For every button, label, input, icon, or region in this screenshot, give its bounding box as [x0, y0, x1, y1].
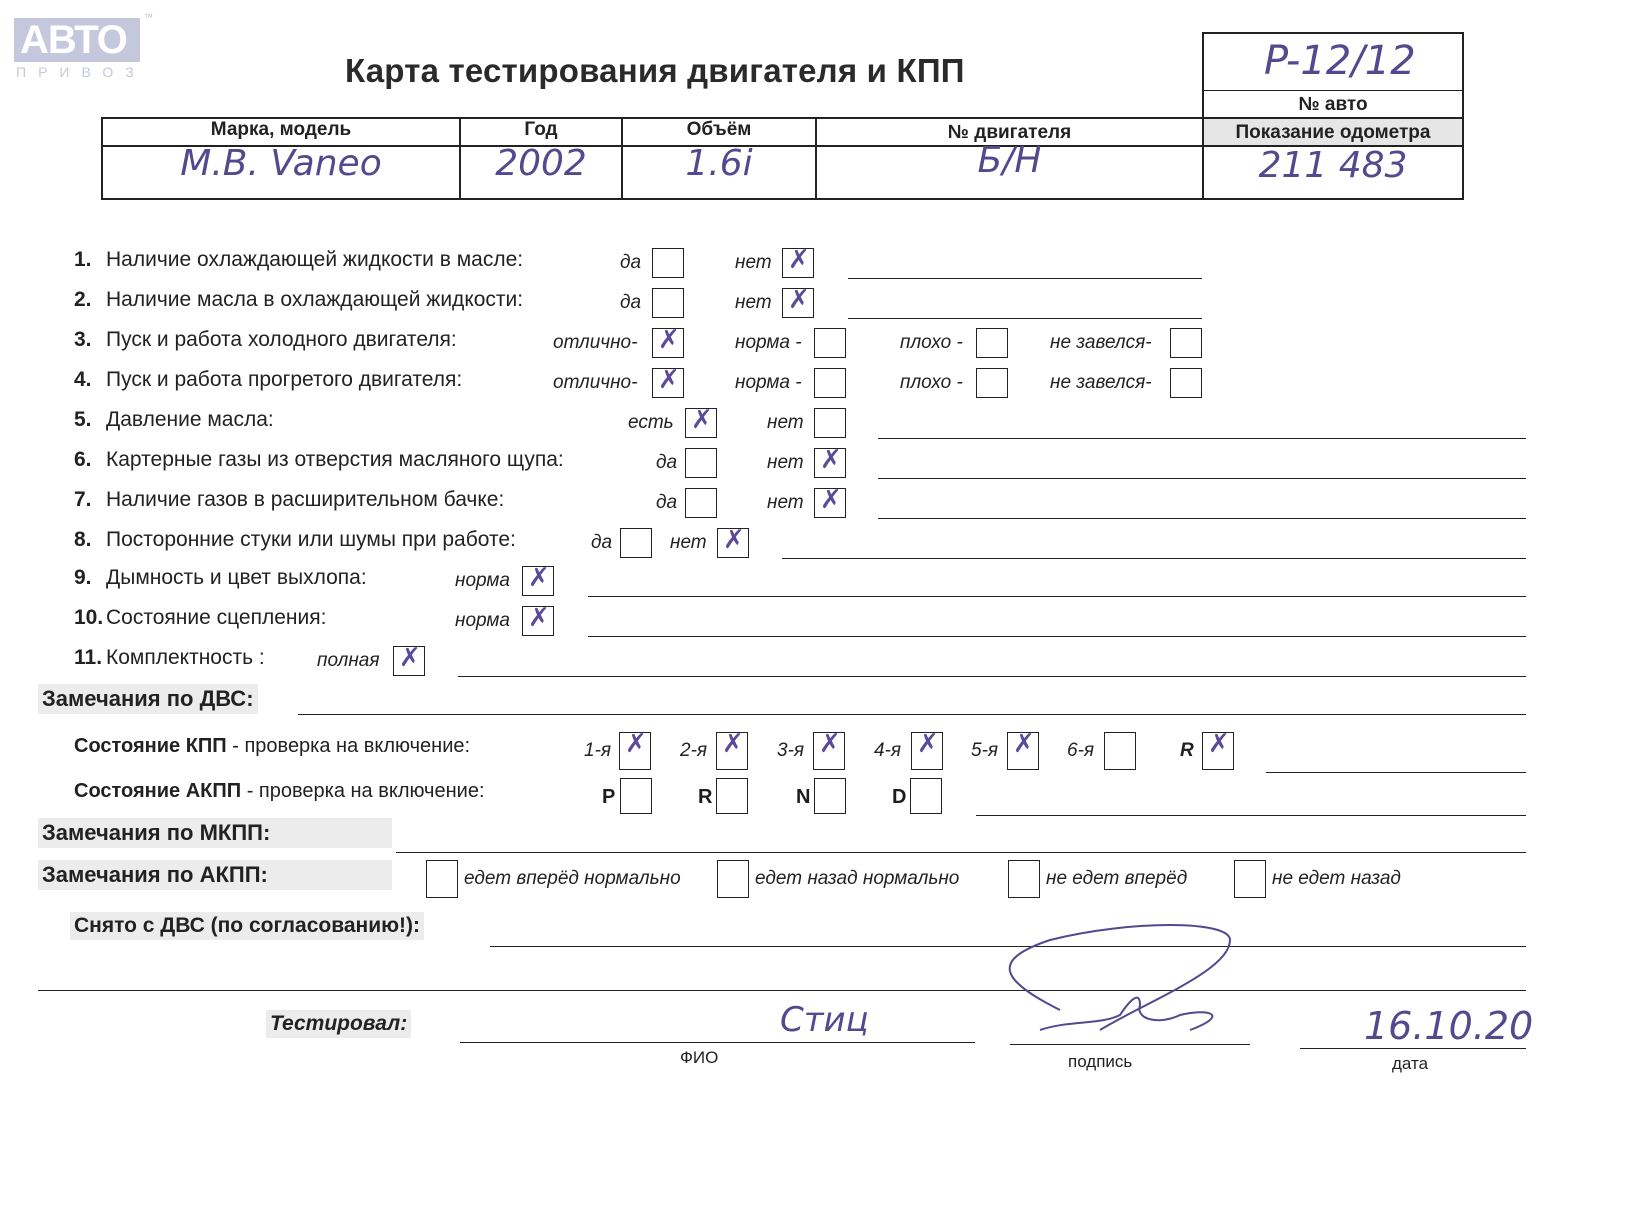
- question-label: Посторонние стуки или шумы при работе:: [106, 528, 516, 551]
- col-engine-number: № двигателя Б/Н: [817, 119, 1204, 198]
- question-number: 3.: [74, 328, 106, 352]
- auto-remark-checkbox[interactable]: [717, 860, 749, 898]
- gear-label: 3-я: [777, 740, 804, 762]
- question-number: 9.: [74, 566, 106, 590]
- remarks-auto-label: Замечания по АКПП:: [38, 860, 392, 890]
- question-label: Пуск и работа прогретого двигателя:: [106, 368, 462, 391]
- auto-remark-checkbox[interactable]: [1008, 860, 1040, 898]
- checklist-question: 2.Наличие масла в охлаждающей жидкости:: [74, 288, 523, 312]
- auto-gear-checkbox[interactable]: [910, 778, 942, 814]
- option-label: норма: [455, 570, 510, 592]
- remarks-manual-line[interactable]: [396, 852, 1526, 853]
- checklist-question: 10.Состояние сцепления:: [74, 606, 326, 630]
- checklist-question: 9.Дымность и цвет выхлопа:: [74, 566, 367, 590]
- auto-remark-label: не едет вперёд: [1046, 868, 1187, 890]
- date-value[interactable]: 16.10.20: [1364, 1004, 1533, 1048]
- gear-checkbox[interactable]: [1104, 732, 1136, 770]
- auto-remark-label: не едет назад: [1272, 868, 1401, 890]
- checkbox[interactable]: [685, 448, 717, 478]
- checkbox[interactable]: [652, 248, 684, 278]
- remarks-engine-line[interactable]: [298, 714, 1526, 715]
- notes-line[interactable]: [588, 636, 1526, 637]
- question-label: Наличие охлаждающей жидкости в масле:: [106, 248, 523, 271]
- checklist-question: 5.Давление масла:: [74, 408, 274, 432]
- option-label: нет: [767, 452, 804, 474]
- question-number: 5.: [74, 408, 106, 432]
- notes-line[interactable]: [588, 596, 1526, 597]
- gear-label: 4-я: [874, 740, 901, 762]
- checklist-question: 6.Картерные газы из отверстия масляного …: [74, 448, 564, 472]
- option-label: нет: [735, 252, 772, 274]
- checkbox[interactable]: [522, 566, 554, 596]
- checkbox[interactable]: [620, 528, 652, 558]
- checkbox[interactable]: [814, 328, 846, 358]
- question-label: Состояние сцепления:: [106, 606, 326, 629]
- checkbox[interactable]: [782, 248, 814, 278]
- gear-label: 2-я: [680, 740, 707, 762]
- option-label: да: [656, 492, 677, 514]
- checkbox[interactable]: [814, 408, 846, 438]
- manual-gearbox-line[interactable]: [1266, 772, 1526, 773]
- manual-gearbox-label: Состояние КПП - проверка на включение:: [74, 735, 470, 758]
- auto-gear-label: D: [892, 786, 906, 809]
- checklist-question: 1.Наличие охлаждающей жидкости в масле:: [74, 248, 523, 272]
- option-label: не завелся-: [1050, 332, 1152, 354]
- volume-value[interactable]: 1.6i: [623, 143, 815, 184]
- checkbox[interactable]: [652, 368, 684, 398]
- question-label: Давление масла:: [106, 408, 274, 431]
- gear-label: R: [1180, 740, 1194, 762]
- checkbox[interactable]: [652, 328, 684, 358]
- question-number: 8.: [74, 528, 106, 552]
- date-line[interactable]: [1300, 1048, 1526, 1049]
- notes-line[interactable]: [878, 438, 1526, 439]
- checkbox[interactable]: [814, 368, 846, 398]
- auto-gear-label: P: [602, 786, 615, 809]
- make-model-value[interactable]: M.B. Vaneo: [103, 143, 459, 184]
- gear-checkbox[interactable]: [716, 732, 748, 770]
- page-title: Карта тестирования двигателя и КПП: [345, 52, 965, 90]
- removed-from-engine-label: Снято с ДВС (по согласованию!):: [70, 912, 424, 940]
- checklist-question: 3.Пуск и работа холодного двигателя:: [74, 328, 457, 352]
- auto-remark-checkbox[interactable]: [426, 860, 458, 898]
- question-label: Пуск и работа холодного двигателя:: [106, 328, 457, 351]
- checkbox[interactable]: [522, 606, 554, 636]
- notes-line[interactable]: [878, 478, 1526, 479]
- notes-line[interactable]: [848, 278, 1202, 279]
- checklist-question: 7.Наличие газов в расширительном бачке:: [74, 488, 504, 512]
- checkbox[interactable]: [976, 368, 1008, 398]
- col-odometer: Показание одометра 211 483: [1204, 119, 1462, 198]
- remarks-manual-label: Замечания по МКПП:: [38, 818, 392, 848]
- gear-label: 6-я: [1067, 740, 1094, 762]
- checkbox[interactable]: [782, 288, 814, 318]
- auto-gearbox-label-rest: - проверка на включение:: [241, 780, 484, 802]
- signature-caption: подпись: [1068, 1052, 1132, 1072]
- question-number: 6.: [74, 448, 106, 472]
- question-number: 11.: [74, 646, 106, 670]
- option-label: да: [620, 292, 641, 314]
- gear-checkbox[interactable]: [813, 732, 845, 770]
- gear-checkbox[interactable]: [911, 732, 943, 770]
- removed-from-engine-line-2[interactable]: [38, 990, 1526, 991]
- option-label: да: [591, 532, 612, 554]
- gear-label: 1-я: [584, 740, 611, 762]
- question-label: Наличие газов в расширительном бачке:: [106, 488, 504, 511]
- odometer-label: Показание одометра: [1204, 119, 1462, 145]
- name-line[interactable]: [460, 1042, 975, 1043]
- option-label: нет: [767, 412, 804, 434]
- vehicle-info-table: Марка, модель M.B. Vaneo Год 2002 Объём …: [101, 117, 1464, 200]
- year-value[interactable]: 2002: [461, 143, 621, 184]
- option-label: да: [620, 252, 641, 274]
- option-label: плохо -: [900, 332, 963, 354]
- checkbox[interactable]: [685, 408, 717, 438]
- option-label: нет: [670, 532, 707, 554]
- car-number-box: P-12/12 № авто: [1202, 32, 1464, 120]
- option-label: норма -: [735, 332, 802, 354]
- option-label: отлично-: [553, 332, 637, 354]
- engine-number-value[interactable]: Б/Н: [817, 140, 1202, 181]
- name-caption: ФИО: [680, 1048, 718, 1068]
- odometer-value[interactable]: 211 483: [1204, 145, 1462, 186]
- auto-gearbox-line[interactable]: [976, 815, 1526, 816]
- car-number-label: № авто: [1204, 94, 1462, 116]
- logo-trademark: ™: [144, 12, 153, 22]
- checkbox[interactable]: [814, 448, 846, 478]
- checkbox[interactable]: [652, 288, 684, 318]
- notes-line[interactable]: [848, 318, 1202, 319]
- question-label: Картерные газы из отверстия масляного щу…: [106, 448, 564, 471]
- option-label: полная: [317, 650, 380, 672]
- checklist-question: 8.Посторонние стуки или шумы при работе:: [74, 528, 516, 552]
- checkbox[interactable]: [685, 488, 717, 518]
- tested-by-label: Тестировал:: [266, 1010, 411, 1038]
- col-volume: Объём 1.6i: [623, 119, 817, 198]
- option-label: плохо -: [900, 372, 963, 394]
- notes-line[interactable]: [878, 518, 1526, 519]
- option-label: да: [656, 452, 677, 474]
- name-value[interactable]: Стиц: [780, 1000, 869, 1040]
- manual-gearbox-label-rest: - проверка на включение:: [227, 735, 470, 757]
- question-number: 7.: [74, 488, 106, 512]
- checkbox[interactable]: [1170, 368, 1202, 398]
- checkbox[interactable]: [1170, 328, 1202, 358]
- question-number: 2.: [74, 288, 106, 312]
- checklist-question: 4.Пуск и работа прогретого двигателя:: [74, 368, 462, 392]
- auto-gearbox-label-bold: Состояние АКПП: [74, 780, 241, 802]
- auto-gear-checkbox[interactable]: [620, 778, 652, 814]
- question-label: Дымность и цвет выхлопа:: [106, 566, 367, 589]
- col-year: Год 2002: [461, 119, 623, 198]
- notes-line[interactable]: [782, 558, 1526, 559]
- gear-checkbox[interactable]: [619, 732, 651, 770]
- option-label: нет: [735, 292, 772, 314]
- checkbox[interactable]: [393, 646, 425, 676]
- notes-line[interactable]: [458, 676, 1526, 677]
- option-label: отлично-: [553, 372, 637, 394]
- option-label: не завелся-: [1050, 372, 1152, 394]
- auto-gear-label: R: [698, 786, 712, 809]
- auto-remark-label: едет назад нормально: [755, 868, 959, 890]
- question-label: Наличие масла в охлаждающей жидкости:: [106, 288, 523, 311]
- date-caption: дата: [1392, 1054, 1428, 1074]
- option-label: есть: [628, 412, 674, 434]
- checkbox[interactable]: [976, 328, 1008, 358]
- question-number: 10.: [74, 606, 106, 630]
- col-make-model: Марка, модель M.B. Vaneo: [103, 119, 461, 198]
- logo: АВТО: [14, 18, 140, 62]
- auto-remark-label: едет вперёд нормально: [464, 868, 681, 890]
- volume-label: Объём: [623, 119, 815, 141]
- question-label: Комплектность :: [106, 646, 265, 669]
- option-label: нет: [767, 492, 804, 514]
- gear-label: 5-я: [971, 740, 998, 762]
- question-number: 4.: [74, 368, 106, 392]
- question-number: 1.: [74, 248, 106, 272]
- auto-gear-checkbox[interactable]: [716, 778, 748, 814]
- gear-checkbox[interactable]: [1202, 732, 1234, 770]
- year-label: Год: [461, 119, 621, 141]
- auto-remark-checkbox[interactable]: [1234, 860, 1266, 898]
- option-label: норма: [455, 610, 510, 632]
- auto-gearbox-label: Состояние АКПП - проверка на включение:: [74, 780, 485, 803]
- checkbox[interactable]: [717, 528, 749, 558]
- checklist-question: 11.Комплектность :: [74, 646, 265, 670]
- gear-checkbox[interactable]: [1007, 732, 1039, 770]
- auto-gear-checkbox[interactable]: [814, 778, 846, 814]
- remarks-engine-label: Замечания по ДВС:: [38, 684, 258, 714]
- manual-gearbox-label-bold: Состояние КПП: [74, 735, 227, 757]
- car-number-value[interactable]: P-12/12: [1264, 38, 1416, 84]
- option-label: норма -: [735, 372, 802, 394]
- auto-gear-label: N: [796, 786, 810, 809]
- make-model-label: Марка, модель: [103, 119, 459, 141]
- signature: [990, 920, 1260, 1050]
- checkbox[interactable]: [814, 488, 846, 518]
- logo-subtitle: ПРИВОЗ: [16, 64, 146, 80]
